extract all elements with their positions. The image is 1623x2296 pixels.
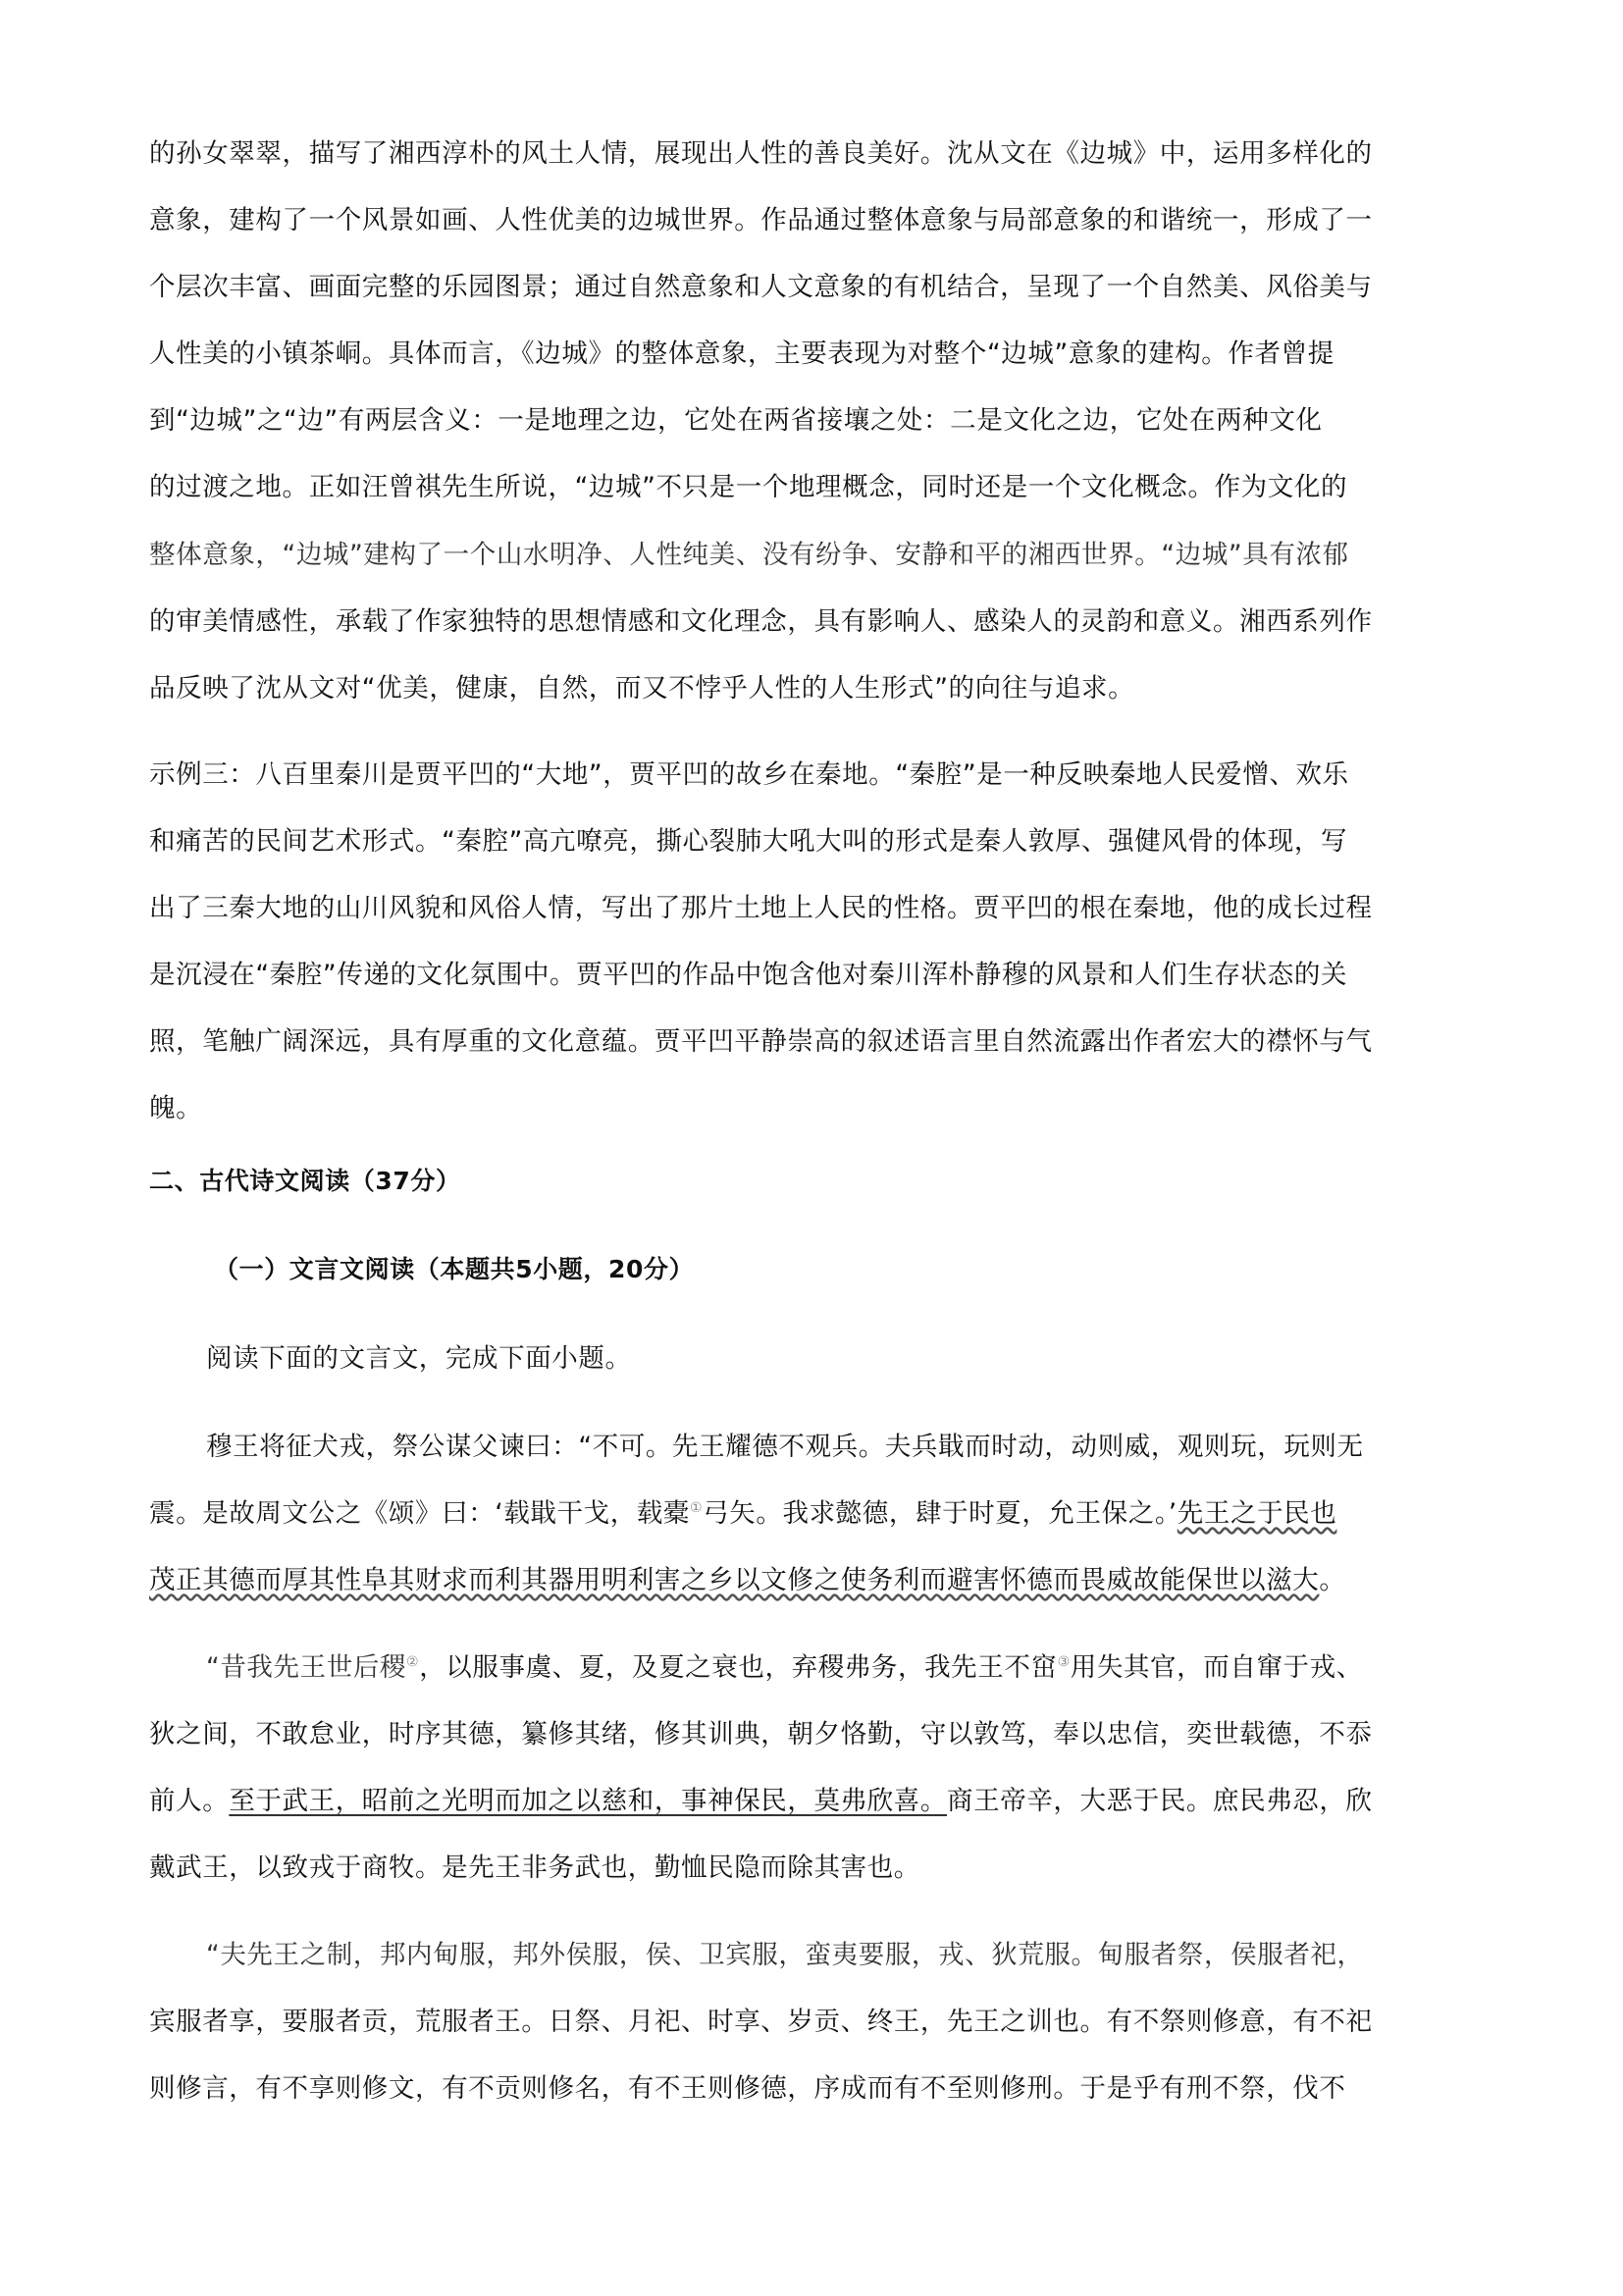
- text-span: 前人。: [149, 1786, 229, 1816]
- text-line: 茂正其德而厚其性阜其财求而利其器用明利害之乡以文修之使务利而避害怀德而畏威故能保…: [149, 1565, 1484, 1596]
- footnote-marker: ①: [690, 1500, 703, 1516]
- text-line: 整体意象，“边城”建构了一个山水明净、人性纯美、没有纷争、安静和平的湘西世界。“…: [149, 540, 1484, 571]
- section-heading: 二、古代诗文阅读（37分）: [149, 1166, 1484, 1197]
- text-line: 人性美的小镇茶峒。具体而言，《边城》的整体意象，主要表现为对整个“边城”意象的建…: [149, 339, 1484, 370]
- text-line: 和痛苦的民间艺术形式。“秦腔”高亢嘹亮，撕心裂肺大吼大叫的形式是秦人敦厚、强健风…: [149, 826, 1484, 858]
- text-line: 穆王将征犬戎，祭公谋父谏曰：“不可。先王耀德不观兵。夫兵戢而时动，动则威，观则玩…: [206, 1432, 1541, 1463]
- text-line: 示例三：八百里秦川是贾平凹的“大地”，贾平凹的故乡在秦地。“秦腔”是一种反映秦地…: [149, 759, 1484, 791]
- text-line: 照，笔触广阔深远，具有厚重的文化意蕴。贾平凹平静崇高的叙述语言里自然流露出作者宏…: [149, 1026, 1484, 1058]
- text-line: 的审美情感性，承载了作家独特的思想情感和文化理念，具有影响人、感染人的灵韵和意义…: [149, 606, 1484, 638]
- text-line: 意象，建构了一个风景如画、人性优美的边城世界。作品通过整体意象与局部意象的和谐统…: [149, 205, 1484, 236]
- text-line: 前人。至于武王，昭前之光明而加之以慈和，事神保民，莫弗欣喜。商王帝辛，大恶于民。…: [149, 1786, 1484, 1817]
- text-line: 魄。: [149, 1093, 1484, 1124]
- underlined-sentence: 至于武王，昭前之光明而加之以慈和，事神保民，莫弗欣喜。: [229, 1786, 947, 1816]
- text-span: 。: [1319, 1565, 1345, 1595]
- text-line: 宾服者享，要服者贡，荒服者王。日祭、月祀、时享、岁贡、终王，先王之训也。有不祭则…: [149, 2007, 1484, 2038]
- underlined-sentence: 茂正其德而厚其性阜其财求而利其器用明利害之乡以文修之使务利而避害怀德而畏威故能保…: [149, 1565, 1319, 1595]
- text-line: 狄之间，不敢怠业，时序其德，纂修其绪，修其训典，朝夕恪勤，守以敦笃，奉以忠信，奕…: [149, 1719, 1484, 1750]
- text-span: 商王帝辛，大恶于民。庶民弗忍，欣: [947, 1786, 1373, 1816]
- text-line: 震。是故周文公之《颂》曰：‘载戢干戈，载橐①弓矢。我求懿德，肆于时夏，允王保之。…: [149, 1498, 1484, 1530]
- text-span: 用失其官，而自窜于戎、: [1071, 1652, 1363, 1683]
- text-line: 的过渡之地。正如汪曾祺先生所说，“边城”不只是一个地理概念，同时还是一个文化概念…: [149, 472, 1484, 503]
- text-line: 个层次丰富、画面完整的乐园图景；通过自然意象和人文意象的有机结合，呈现了一个自然…: [149, 272, 1484, 303]
- text-line: 是沉浸在“秦腔”传递的文化氛围中。贾平凹的作品中饱含他对秦川浑朴静穆的风景和人们…: [149, 960, 1484, 991]
- footnote-marker: ③: [1058, 1654, 1071, 1670]
- footnote-marker: ②: [406, 1654, 419, 1670]
- text-line: 则修言，有不享则修文，有不贡则修名，有不王则修德，序成而有不至则修刑。于是乎有刑…: [149, 2073, 1484, 2105]
- text-span: “昔我先王世后稷: [206, 1652, 406, 1683]
- text-line: 戴武王，以致戎于商牧。是先王非务武也，勤恤民隐而除其害也。: [149, 1852, 1484, 1884]
- text-line: 到“边城”之“边”有两层含义：一是地理之边，它处在两省接壤之处：二是文化之边，它…: [149, 405, 1484, 437]
- instruction-text: 阅读下面的文言文，完成下面小题。: [206, 1343, 1541, 1375]
- text-line: 品反映了沈从文对“优美，健康，自然，而又不悖乎人性的人生形式”的向往与追求。: [149, 673, 1484, 704]
- text-line: 的孙女翠翠，描写了湘西淳朴的风土人情，展现出人性的善良美好。沈从文在《边城》中，…: [149, 138, 1484, 170]
- underlined-sentence: 先王之于民也: [1178, 1498, 1337, 1529]
- subsection-heading: （一）文言文阅读（本题共5小题，20分）: [214, 1254, 1548, 1285]
- text-span: 震。是故周文公之《颂》曰：‘载戢干戈，载橐: [149, 1498, 690, 1529]
- text-line: 出了三秦大地的山川风貌和风俗人情，写出了那片土地上人民的性格。贾平凹的根在秦地，…: [149, 893, 1484, 924]
- text-line: “昔我先王世后稷②，以服事虞、夏，及夏之衰也，弃稷弗务，我先王不窋③用失其官，而…: [206, 1652, 1541, 1684]
- text-span: ，以服事虞、夏，及夏之衰也，弃稷弗务，我先王不窋: [419, 1652, 1057, 1683]
- text-span: 弓矢。我求懿德，肆于时夏，允王保之。’: [703, 1498, 1178, 1529]
- text-line: “夫先王之制，邦内甸服，邦外侯服，侯、卫宾服，蛮夷要服，戎、狄荒服。甸服者祭，侯…: [206, 1940, 1541, 1971]
